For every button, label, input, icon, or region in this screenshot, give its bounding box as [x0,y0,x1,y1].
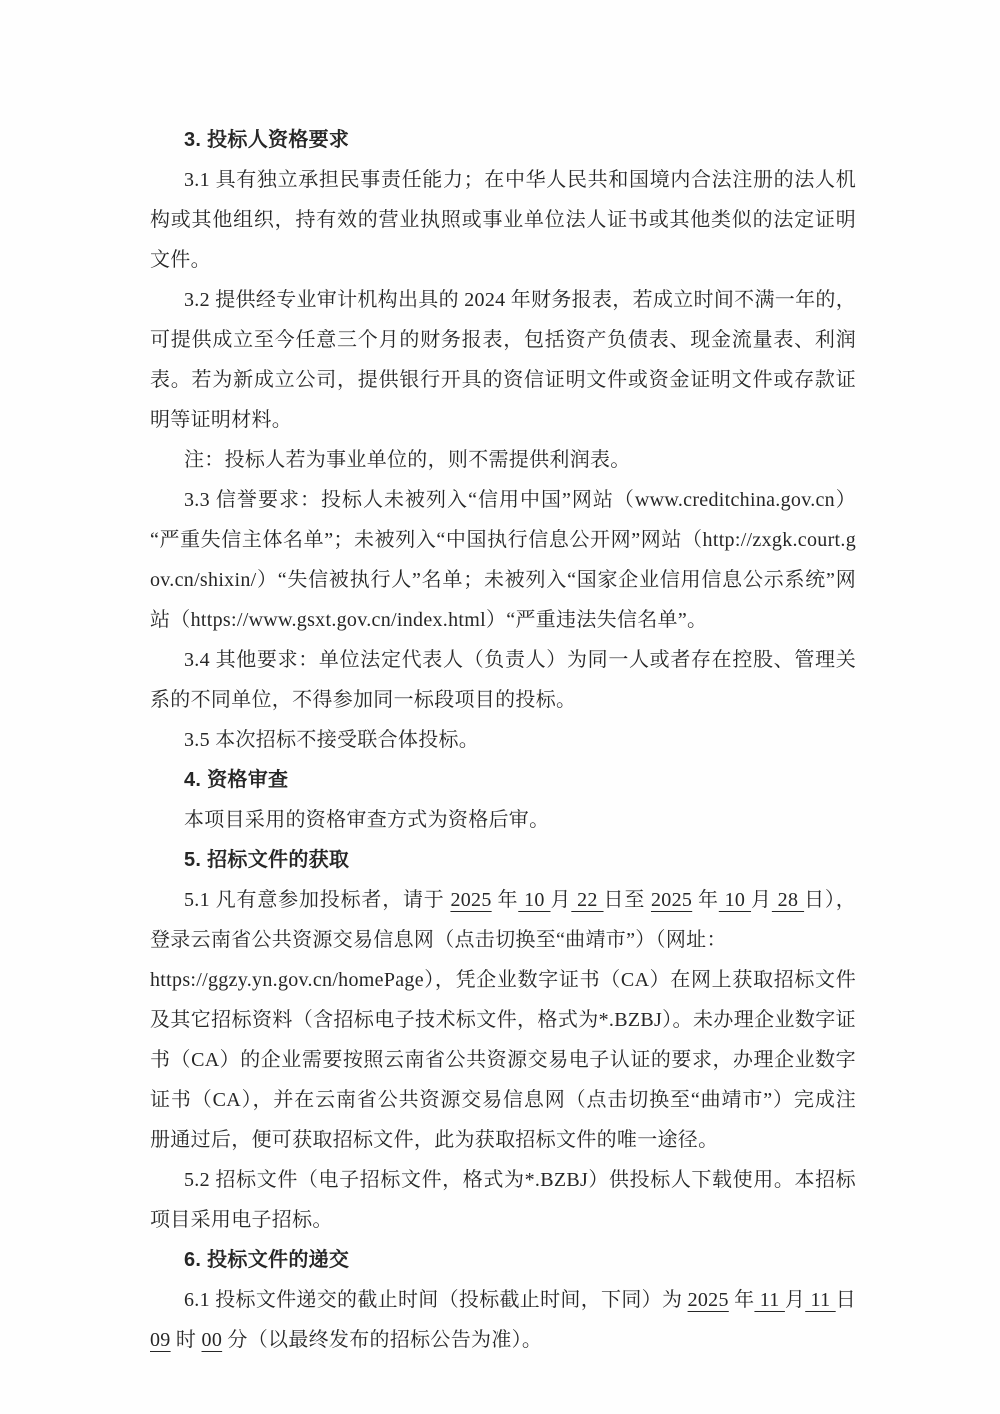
text-segment: 5.2 招标文件（电子招标文件，格式为*.BZBJ）供投标人下载使用。本招标项目… [150,1169,856,1231]
text-segment: 时 [171,1329,202,1351]
document-page: 3. 投标人资格要求3.1 具有独立承担民事责任能力；在中华人民共和国境内合法注… [0,0,1000,1414]
text-segment: 3.3 信誉要求：投标人未被列入“信用中国”网站（www.creditchina… [150,489,856,631]
clause-4-body: 本项目采用的资格审查方式为资格后审。 [150,800,856,840]
text-segment: 日至 [604,889,651,911]
clause-3-2: 3.2 提供经专业审计机构出具的 2024 年财务报表，若成立时间不满一年的，可… [150,280,856,440]
text-segment: 分（以最终发布的招标公告为准）。 [222,1329,542,1351]
section-3-heading: 3. 投标人资格要求 [150,120,856,160]
underlined-value: 11 [754,1289,784,1311]
text-segment: 月 [785,1289,805,1311]
text-segment: 年 [729,1289,755,1311]
text-segment: 6. 投标文件的递交 [184,1249,349,1271]
text-segment: 年 [692,889,719,911]
underlined-value: 10 [719,889,751,911]
clause-6-1: 6.1 投标文件递交的截止时间（投标截止时间，下同）为 2025 年 11 月 … [150,1280,856,1360]
clause-5-2: 5.2 招标文件（电子招标文件，格式为*.BZBJ）供投标人下载使用。本招标项目… [150,1160,856,1240]
text-segment: 3.5 本次招标不接受联合体投标。 [184,729,479,751]
text-segment: 注：投标人若为事业单位的，则不需提供利润表。 [184,449,631,471]
text-segment: 3.2 提供经专业审计机构出具的 2024 年财务报表，若成立时间不满一年的，可… [150,289,856,431]
underlined-value: 2025 [450,889,491,911]
section-4-heading: 4. 资格审查 [150,760,856,800]
clause-5-1: 5.1 凡有意参加投标者，请于 2025 年 10 月 22 日至 2025 年… [150,880,856,960]
underlined-value: 22 [571,889,603,911]
clause-3-1: 3.1 具有独立承担民事责任能力；在中华人民共和国境内合法注册的法人机构或其他组… [150,160,856,280]
clause-3-5: 3.5 本次招标不接受联合体投标。 [150,720,856,760]
section-6-heading: 6. 投标文件的递交 [150,1240,856,1280]
text-segment: 3.4 其他要求：单位法定代表人（负责人）为同一人或者存在控股、管理关系的不同单… [150,649,856,711]
document-body: 3. 投标人资格要求3.1 具有独立承担民事责任能力；在中华人民共和国境内合法注… [150,120,856,1360]
clause-5-1-continued: https://ggzy.yn.gov.cn/homePage），凭企业数字证书… [150,960,856,1160]
underlined-value: 00 [202,1329,223,1351]
underlined-value: 2025 [688,1289,729,1311]
text-segment: 月 [551,889,572,911]
text-segment: 日 [836,1289,856,1311]
underlined-value: 28 [772,889,804,911]
clause-3-4: 3.4 其他要求：单位法定代表人（负责人）为同一人或者存在控股、管理关系的不同单… [150,640,856,720]
text-segment: 年 [492,889,519,911]
text-segment: 本项目采用的资格审查方式为资格后审。 [184,809,549,831]
clause-3-3: 3.3 信誉要求：投标人未被列入“信用中国”网站（www.creditchina… [150,480,856,640]
text-segment: 4. 资格审查 [184,769,288,791]
underlined-value: 10 [518,889,550,911]
underlined-value: 11 [805,1289,835,1311]
section-5-heading: 5. 招标文件的获取 [150,840,856,880]
text-segment: 3. 投标人资格要求 [184,129,349,151]
text-segment: 5.1 凡有意参加投标者，请于 [184,889,450,911]
underlined-value: 09 [150,1329,171,1351]
note-3-2: 注：投标人若为事业单位的，则不需提供利润表。 [150,440,856,480]
text-segment: https://ggzy.yn.gov.cn/homePage），凭企业数字证书… [150,969,856,1151]
text-segment: 月 [751,889,772,911]
text-segment: 6.1 投标文件递交的截止时间（投标截止时间，下同）为 [184,1289,688,1311]
text-segment: 5. 招标文件的获取 [184,849,349,871]
underlined-value: 2025 [651,889,692,911]
text-segment: 3.1 具有独立承担民事责任能力；在中华人民共和国境内合法注册的法人机构或其他组… [150,169,856,271]
